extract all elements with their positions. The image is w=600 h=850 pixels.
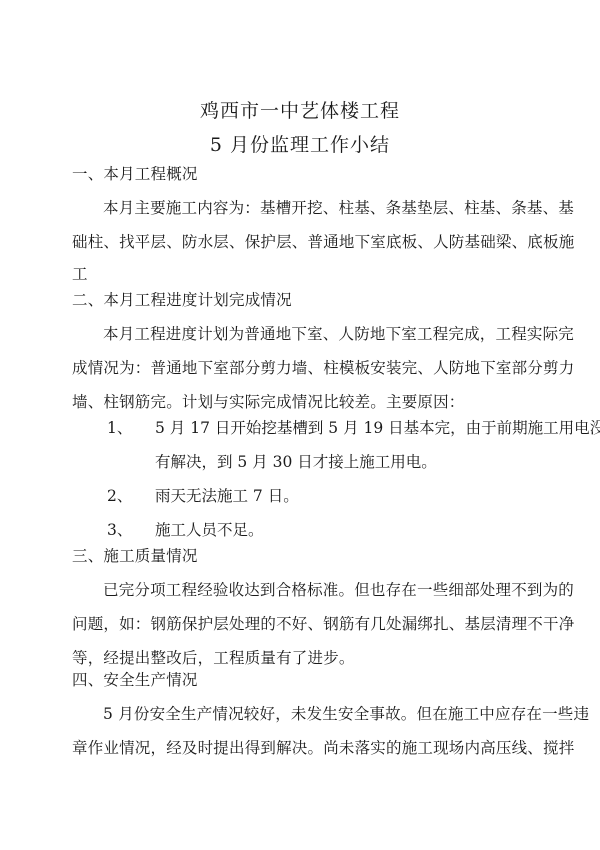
list-number: 2、	[107, 484, 132, 506]
paragraph-line: 问题，如：钢筋保护层处理的不好、钢筋有几处漏绑扎、基层清理不干净	[72, 612, 532, 634]
paragraph-line: 已完分项工程经验收达到合格标准。但也存在一些细部处理不到为的	[103, 578, 563, 600]
list-item-text: 有解决，到 5 月 30 日才接上施工用电。	[155, 450, 437, 472]
document-page: 鸡西市一中艺体楼工程 5 月份监理工作小结 一、本月工程概况 本月主要施工内容为…	[0, 0, 600, 850]
document-title: 鸡西市一中艺体楼工程	[0, 96, 600, 123]
list-item-text: 5 月 17 日开始挖基槽到 5 月 19 日基本完，由于前期施工用电没	[155, 416, 600, 438]
section-heading-2: 二、本月工程进度计划完成情况	[72, 288, 532, 310]
paragraph-line: 等，经提出整改后，工程质量有了进步。	[72, 646, 532, 668]
list-number: 3、	[107, 518, 132, 540]
list-item-text: 施工人员不足。	[155, 518, 264, 540]
list-number: 1、	[107, 416, 132, 438]
section-heading-3: 三、施工质量情况	[72, 544, 532, 566]
section-heading-1: 一、本月工程概况	[72, 162, 532, 184]
document-subtitle: 5 月份监理工作小结	[0, 130, 600, 157]
paragraph-line: 5 月份安全生产情况较好，未发生安全事故。但在施工中应存在一些违	[103, 702, 563, 724]
section-heading-4: 四、安全生产情况	[72, 668, 532, 690]
paragraph-line: 工	[72, 262, 532, 284]
paragraph-line: 成情况为：普通地下室部分剪力墙、柱模板安装完、人防地下室部分剪力	[72, 356, 532, 378]
paragraph-line: 础柱、找平层、防水层、保护层、普通地下室底板、人防基础梁、底板施	[72, 230, 532, 252]
paragraph-line: 本月工程进度计划为普通地下室、人防地下室工程完成，工程实际完	[103, 322, 563, 344]
paragraph-line: 墙、柱钢筋完。计划与实际完成情况比较差。主要原因：	[72, 390, 532, 412]
paragraph-line: 本月主要施工内容为：基槽开挖、柱基、条基垫层、柱基、条基、基	[103, 196, 563, 218]
paragraph-line: 章作业情况，经及时提出得到解决。尚未落实的施工现场内高压线、搅拌	[72, 736, 532, 758]
list-item-text: 雨天无法施工 7 日。	[155, 484, 299, 506]
